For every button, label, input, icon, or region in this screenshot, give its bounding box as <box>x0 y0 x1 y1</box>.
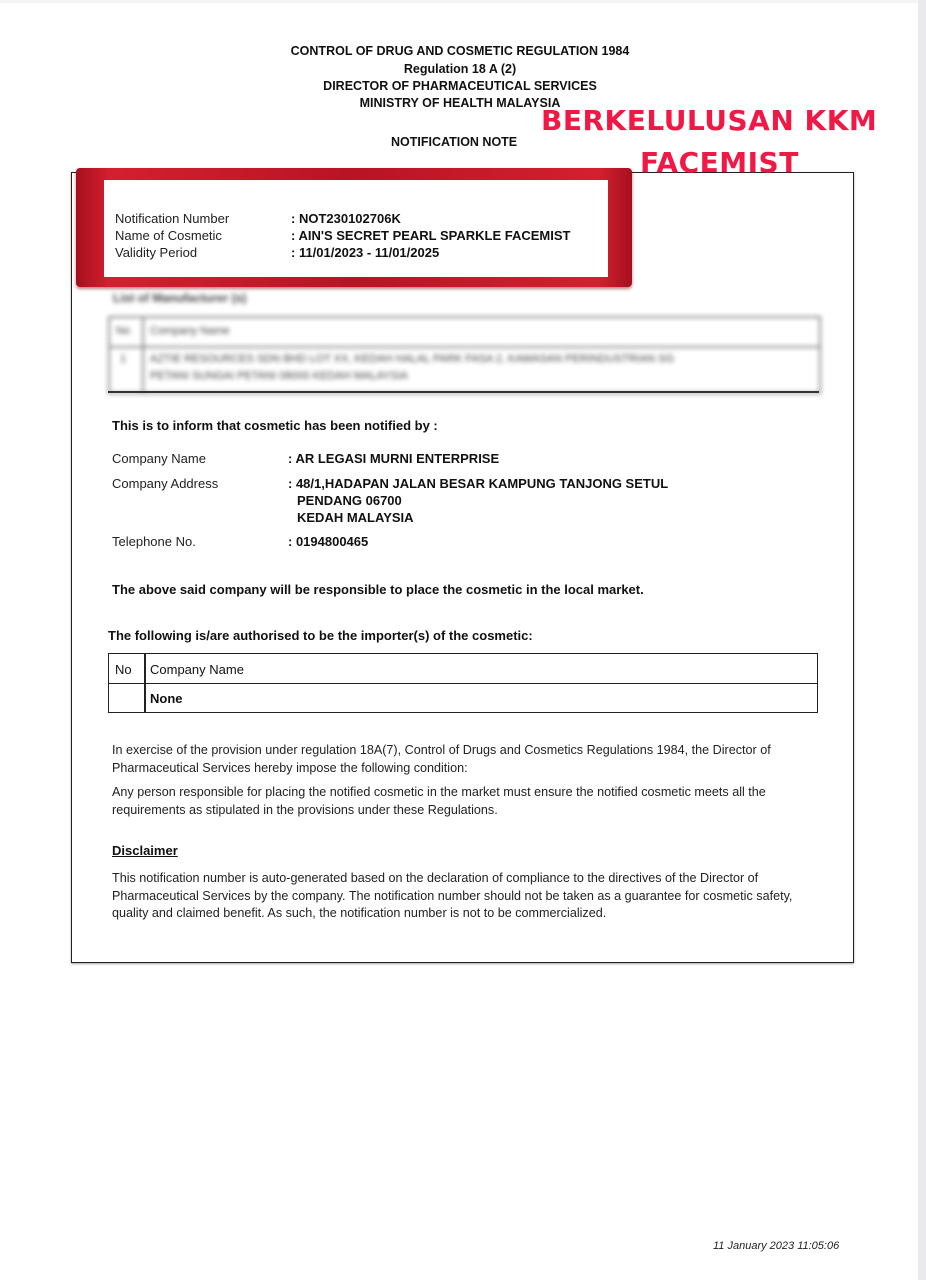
importers-table-divider <box>144 654 146 712</box>
disclaimer-text: This notification number is auto-generat… <box>112 870 817 923</box>
telephone-label: Telephone No. <box>112 533 196 550</box>
manufacturer-header-no: No <box>116 325 130 337</box>
company-address-line2: PENDANG 06700 <box>297 492 402 509</box>
company-address-label: Company Address <box>112 475 218 492</box>
disclaimer-title: Disclaimer <box>112 843 178 858</box>
company-address-line3: KEDAH MALAYSIA <box>297 509 414 526</box>
generated-timestamp: 11 January 2023 11:05:06 <box>713 1240 839 1252</box>
manufacturer-table-divider <box>142 318 144 392</box>
manufacturer-row-no: 1 <box>120 353 126 365</box>
company-name-value: : AR LEGASI MURNI ENTERPRISE <box>288 450 499 467</box>
importers-title: The following is/are authorised to be th… <box>108 628 533 643</box>
page-right-edge <box>918 0 926 1280</box>
company-address-line1: : 48/1,HADAPAN JALAN BESAR KAMPUNG TANJO… <box>288 475 668 492</box>
manufacturer-row-name-line2: PETANI SUNGAI PETANI 08000 KEDAH MALAYSI… <box>150 370 408 382</box>
regulation-heading: CONTROL OF DRUG AND COSMETIC REGULATION … <box>0 44 923 58</box>
condition-paragraph-1: In exercise of the provision under regul… <box>112 742 817 777</box>
regulation-subheading: Regulation 18 A (2) <box>0 62 923 76</box>
notification-highlight-box: Notification Number : NOT230102706K Name… <box>76 168 632 287</box>
responsibility-statement: The above said company will be responsib… <box>112 582 644 597</box>
notification-number-label: Notification Number <box>115 210 229 227</box>
approval-stamp-line1: BERKELULUSAN KKM <box>541 104 877 137</box>
notified-by-intro: This is to inform that cosmetic has been… <box>112 418 438 433</box>
page-top-edge <box>0 0 918 3</box>
approval-stamp-line2: FACEMIST <box>640 146 799 179</box>
importers-row-name: None <box>150 691 183 706</box>
importers-header-name: Company Name <box>150 662 244 677</box>
manufacturer-table-underline <box>108 391 819 393</box>
condition-paragraph-2: Any person responsible for placing the n… <box>112 784 817 819</box>
importers-table: No Company Name None <box>108 653 818 713</box>
manufacturer-table: No Company Name 1 AZTIE RESOURCES SDN BH… <box>108 316 821 394</box>
validity-period-value: : 11/01/2023 - 11/01/2025 <box>291 244 439 261</box>
manufacturer-list-title: List of Manufacturer (s) <box>113 291 246 305</box>
notification-details: Notification Number : NOT230102706K Name… <box>104 180 608 277</box>
validity-period-label: Validity Period <box>115 244 197 261</box>
document-title: NOTIFICATION NOTE <box>391 135 517 149</box>
telephone-value: : 0194800465 <box>288 533 368 550</box>
manufacturer-header-name: Company Name <box>150 325 229 337</box>
importers-header-no: No <box>115 662 132 677</box>
notification-number-value: : NOT230102706K <box>291 210 401 227</box>
cosmetic-name-value: : AIN'S SECRET PEARL SPARKLE FACEMIST <box>291 227 571 244</box>
manufacturer-row-name-line1: AZTIE RESOURCES SDN BHD LOT XX, KEDAH HA… <box>150 353 674 365</box>
company-name-label: Company Name <box>112 450 206 467</box>
authority-heading: DIRECTOR OF PHARMACEUTICAL SERVICES <box>0 79 923 93</box>
cosmetic-name-label: Name of Cosmetic <box>115 227 222 244</box>
